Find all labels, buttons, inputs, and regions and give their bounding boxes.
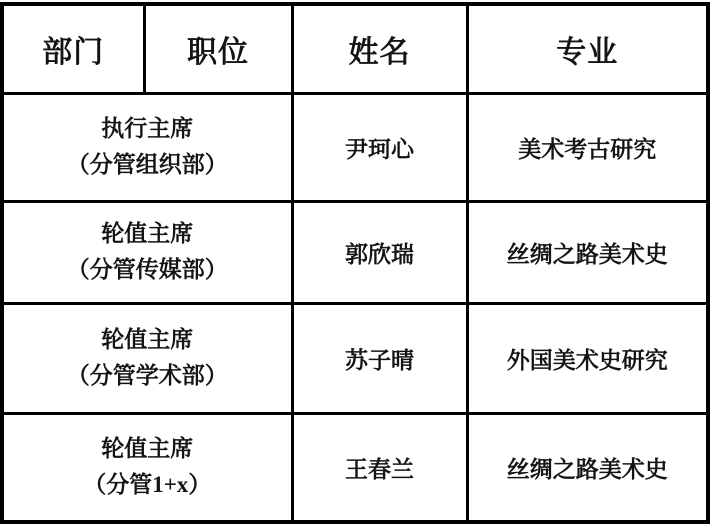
table-row: 轮值主席 （分管传媒部） 郭欣瑞 丝绸之路美术史 xyxy=(2,201,708,303)
position-title: 轮值主席 xyxy=(4,431,291,467)
header-cell-major: 专业 xyxy=(467,4,708,93)
header-cell-position: 职位 xyxy=(144,4,292,93)
name-cell: 王春兰 xyxy=(292,413,467,522)
header-cell-department: 部门 xyxy=(2,4,144,93)
position-title: 轮值主席 xyxy=(4,322,291,358)
position-department-note: （分管1+x） xyxy=(4,467,291,503)
name-cell: 尹珂心 xyxy=(292,93,467,201)
major-cell: 外国美术史研究 xyxy=(467,303,708,413)
position-department-note: （分管传媒部） xyxy=(4,252,291,288)
position-department-note: （分管组织部） xyxy=(4,147,291,183)
major-cell: 丝绸之路美术史 xyxy=(467,201,708,303)
roster-table: 部门 职位 姓名 专业 执行主席 （分管组织部） 尹珂心 美术考古研究 轮值主席… xyxy=(0,2,710,524)
position-cell: 轮值主席 （分管传媒部） xyxy=(2,201,292,303)
name-cell: 苏子晴 xyxy=(292,303,467,413)
table-header-row: 部门 职位 姓名 专业 xyxy=(2,4,708,93)
table-row: 执行主席 （分管组织部） 尹珂心 美术考古研究 xyxy=(2,93,708,201)
name-cell: 郭欣瑞 xyxy=(292,201,467,303)
major-cell: 丝绸之路美术史 xyxy=(467,413,708,522)
position-cell: 执行主席 （分管组织部） xyxy=(2,93,292,201)
position-title: 执行主席 xyxy=(4,111,291,147)
header-cell-name: 姓名 xyxy=(292,4,467,93)
position-department-note: （分管学术部） xyxy=(4,358,291,394)
position-cell: 轮值主席 （分管1+x） xyxy=(2,413,292,522)
position-title: 轮值主席 xyxy=(4,216,291,252)
major-cell: 美术考古研究 xyxy=(467,93,708,201)
position-cell: 轮值主席 （分管学术部） xyxy=(2,303,292,413)
table-row: 轮值主席 （分管学术部） 苏子晴 外国美术史研究 xyxy=(2,303,708,413)
table-row: 轮值主席 （分管1+x） 王春兰 丝绸之路美术史 xyxy=(2,413,708,522)
document-page: 部门 职位 姓名 专业 执行主席 （分管组织部） 尹珂心 美术考古研究 轮值主席… xyxy=(0,0,710,528)
